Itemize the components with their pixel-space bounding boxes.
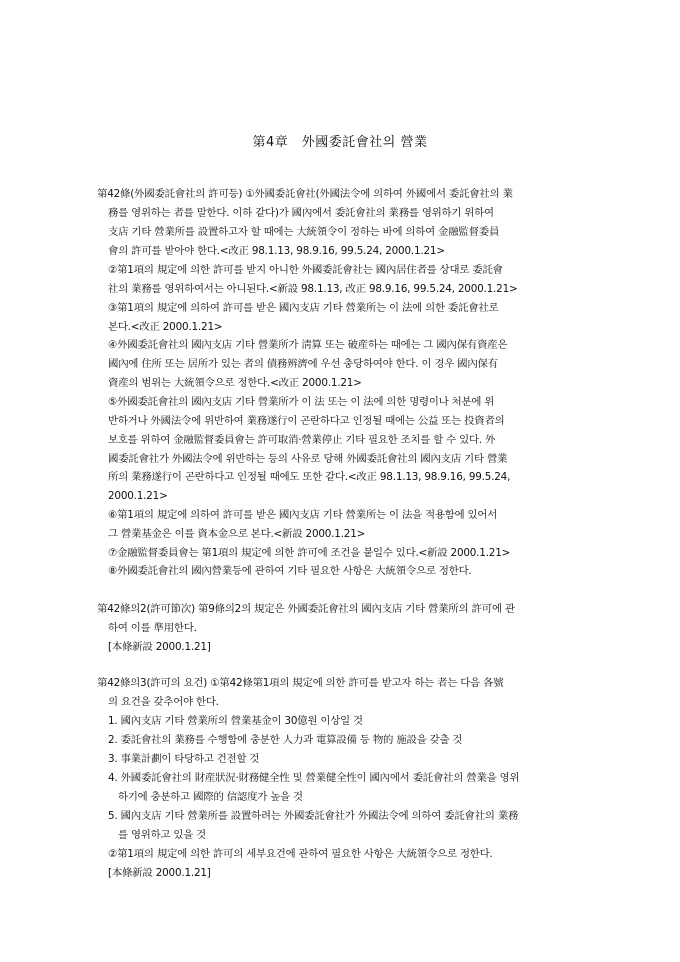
- text-line: ②第1項의 規定에 의한 許可의 세부요건에 관하여 필요한 사항은 大統領令으…: [108, 847, 493, 861]
- text-line: ⑤外國委託會社의 國內支店 기타 營業所가 이 法 또는 이 法에 의한 명령이…: [108, 395, 494, 409]
- article-heading-line: 第42條(外國委託會社의 許可등) ①外國委託會社(外國法令에 의하여 外國에서…: [97, 187, 513, 201]
- text-line: ⑥第1項의 規定에 의하여 許可를 받은 國內支店 기타 營業所는 이 法을 적…: [108, 508, 497, 522]
- text-line: 資産의 범위는 大統領令으로 정한다.<改正 2000.1.21>: [108, 376, 362, 390]
- list-item: 5. 國內支店 기타 營業所를 設置하려는 外國委託會社가 外國法令에 의하여 …: [108, 809, 518, 823]
- text-line: 의 요건을 갖추어야 한다.: [108, 695, 219, 709]
- amendment-note: [本條新設 2000.1.21]: [108, 640, 211, 654]
- text-line: 國委託會社가 外國法令에 위반하는 등의 사유로 당해 外國委託會社의 國內支店…: [108, 452, 507, 466]
- list-item: 4. 外國委託會社의 財産狀況·財務健全性 및 營業健全性이 國內에서 委託會社…: [108, 771, 519, 785]
- text-line: 2000.1.21>: [108, 489, 168, 503]
- article-heading-line: 第42條의3(許可의 요건) ①第42條第1項의 規定에 의한 許可를 받고자 …: [97, 676, 503, 690]
- text-line: 務를 영위하는 者를 말한다. 이하 같다)가 國內에서 委託會社의 業務를 영…: [108, 206, 494, 220]
- text-line: ②第1項의 規定에 의한 許可를 받지 아니한 外國委託會社는 國內居住者를 상…: [108, 263, 503, 277]
- text-line: ⑧外國委託會社의 國內營業등에 관하여 기타 필요한 사항은 大統領令으로 정한…: [108, 564, 472, 578]
- text-line: 社의 業務를 영위하여서는 아니된다.<新設 98.1.13, 改正 98.9.…: [108, 282, 518, 296]
- text-line: 그 營業基金은 이를 資本金으로 본다.<新設 2000.1.21>: [108, 527, 365, 541]
- text-line: 하기에 충분하고 國際的 信認度가 높을 것: [118, 790, 303, 804]
- text-line: 會의 許可를 받아야 한다.<改正 98.1.13, 98.9.16, 99.5…: [108, 244, 445, 258]
- text-line: 본다.<改正 2000.1.21>: [108, 320, 222, 334]
- list-item: 3. 事業計劃이 타당하고 건전할 것: [108, 752, 259, 766]
- text-line: 支店 기타 營業所를 設置하고자 할 때에는 大統領令이 정하는 바에 의하여 …: [108, 225, 499, 239]
- text-line: 하여 이를 準用한다.: [108, 621, 197, 635]
- text-line: ⑦金融監督委員會는 第1項의 規定에 의한 許可에 조건을 붙일수 있다.<新設…: [108, 546, 510, 560]
- text-line: 所의 業務遂行이 곤란하다고 인정될 때에도 또한 같다.<改正 98.1.13…: [108, 470, 510, 484]
- chapter-title: 第4章 外國委託會社의 營業: [0, 131, 680, 150]
- text-line: ④外國委託會社의 國內支店 기타 營業所가 淸算 또는 破産하는 때에는 그 國…: [108, 338, 507, 352]
- article-heading-line: 第42條의2(許可節次) 第9條의2의 規定은 外國委託會社의 國內支店 기타 …: [97, 602, 515, 616]
- text-line: 를 영위하고 있을 것: [118, 828, 206, 842]
- list-item: 1. 國內支店 기타 營業所의 營業基金이 30億원 이상일 것: [108, 714, 363, 728]
- text-line: 보호를 위하여 金融監督委員會는 許可取消·營業停止 기타 필요한 조치를 할 …: [108, 433, 495, 447]
- amendment-note: [本條新設 2000.1.21]: [108, 866, 211, 880]
- text-line: 國內에 住所 또는 居所가 있는 者의 債務辨濟에 우선 충당하여야 한다. 이…: [108, 357, 498, 371]
- list-item: 2. 委託會社의 業務를 수행함에 충분한 人力과 電算設備 등 物的 施設을 …: [108, 733, 462, 747]
- text-line: 반하거나 外國法令에 위반하여 業務遂行이 곤란하다고 인정될 때에는 公益 또…: [108, 414, 505, 428]
- text-line: ③第1項의 規定에 의하여 許可를 받은 國內支店 기타 營業所는 이 法에 의…: [108, 301, 498, 315]
